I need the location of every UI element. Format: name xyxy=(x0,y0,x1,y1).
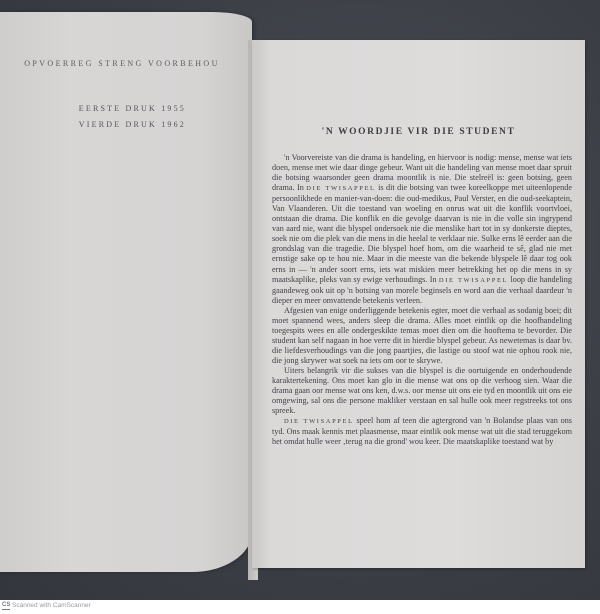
camscanner-logo-icon: CS xyxy=(2,602,10,610)
right-page: 'N WOORDJIE VIR DIE STUDENT 'n Voorverei… xyxy=(252,40,585,568)
paragraph: Uiters belangrik vir die sukses van die … xyxy=(272,366,572,416)
edition-year: 1962 xyxy=(161,120,186,129)
play-title: Die Twisappel xyxy=(284,418,354,425)
paragraph: 'n Voorvereiste van die drama is handeli… xyxy=(272,153,572,306)
text-run: Uiters belangrik vir die sukses van die … xyxy=(272,366,572,415)
edition-line: Vierde druk 1962 xyxy=(0,120,186,129)
paragraph: Die Twisappel speel hom af teen die agte… xyxy=(272,416,572,447)
edition-label: Eerste druk xyxy=(79,104,157,113)
paragraph: Afgesien van enige onderliggende beteken… xyxy=(272,306,572,366)
play-title: Die Twisappel xyxy=(439,277,508,284)
body-text: 'n Voorvereiste van die drama is handeli… xyxy=(272,153,572,447)
watermark-label: Scanned with CamScanner xyxy=(12,602,91,609)
edition-label: Vierde druk xyxy=(79,120,157,129)
text-run: is dit die botsing van twee koreelkoppe … xyxy=(272,183,572,283)
edition-year: 1955 xyxy=(161,104,186,113)
scanned-photo: Opvoerreg streng voorbehou Eerste druk 1… xyxy=(0,0,600,600)
play-title: Die Twisappel xyxy=(306,185,375,192)
edition-line: Eerste druk 1955 xyxy=(0,104,186,113)
page-title: 'N WOORDJIE VIR DIE STUDENT xyxy=(252,127,585,137)
left-page: Opvoerreg streng voorbehou Eerste druk 1… xyxy=(0,12,252,572)
text-run: Afgesien van enige onderliggende beteken… xyxy=(272,306,572,365)
rights-notice: Opvoerreg streng voorbehou xyxy=(0,59,248,68)
scanner-watermark: CS Scanned with CamScanner xyxy=(0,600,600,614)
